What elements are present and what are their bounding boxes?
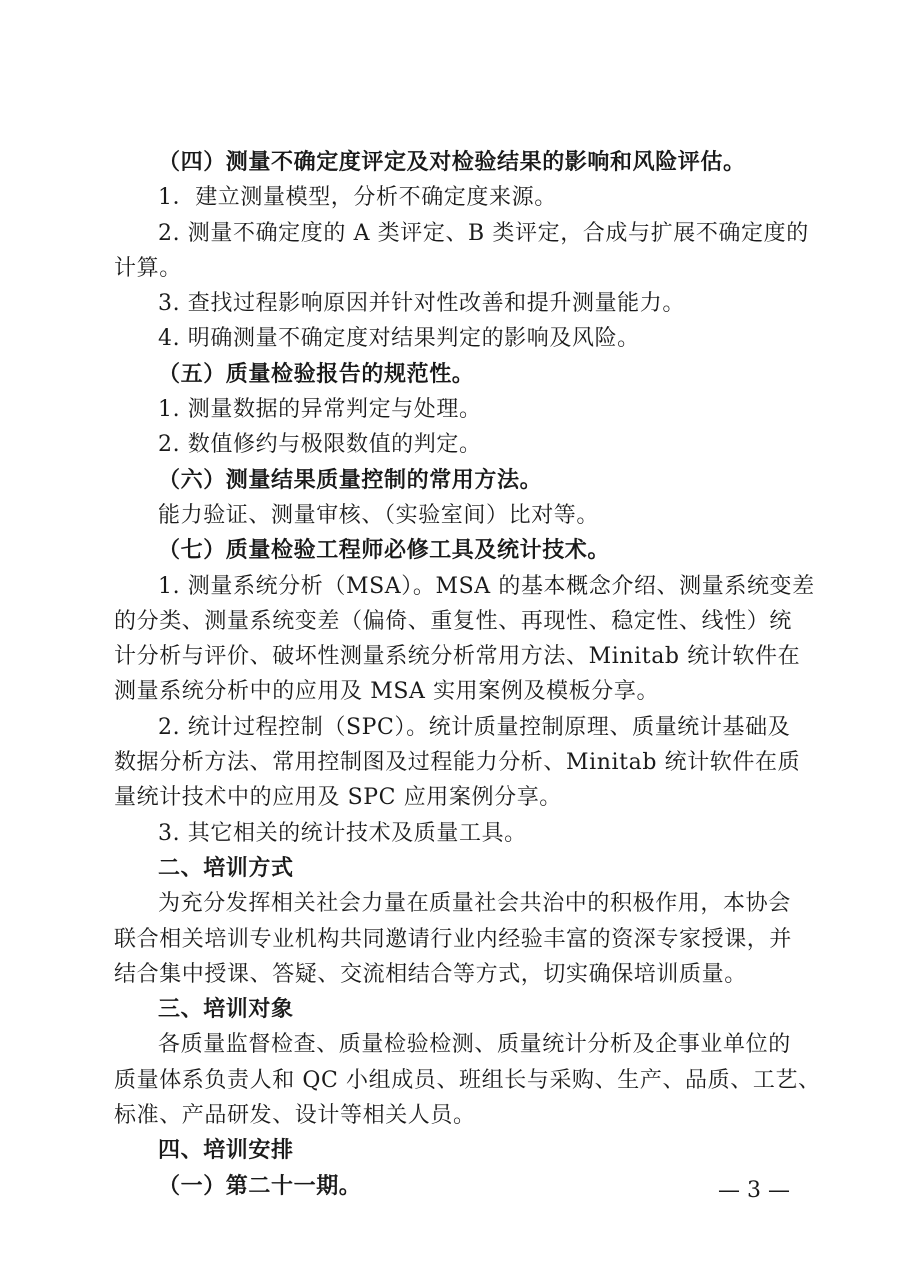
paragraph-line: 为充分发挥相关社会力量在质量社会共治中的积极作用，本协会: [114, 886, 790, 921]
paragraph-line: 联合相关培训专业机构共同邀请行业内经验丰富的资深专家授课，并: [114, 922, 790, 957]
paragraph-line: 量统计技术中的应用及 SPC 应用案例分享。: [114, 780, 790, 815]
subsection-heading: （四）测量不确定度评定及对检验结果的影响和风险评估。: [114, 145, 790, 180]
paragraph-line: 计算。: [114, 251, 790, 286]
paragraph-line: 1. 测量数据的异常判定与处理。: [114, 392, 790, 427]
paragraph-line: 3. 其它相关的统计技术及质量工具。: [114, 816, 790, 851]
paragraph-line: 标准、产品研发、设计等相关人员。: [114, 1098, 790, 1133]
paragraph-line: 3. 查找过程影响原因并针对性改善和提升测量能力。: [114, 286, 790, 321]
page-number: — 3 —: [718, 1178, 790, 1203]
paragraph-line: 结合集中授课、答疑、交流相结合等方式，切实确保培训质量。: [114, 957, 790, 992]
paragraph-line: 1．建立测量模型，分析不确定度来源。: [114, 180, 790, 215]
paragraph-line: 2. 统计过程控制（SPC）。统计质量控制原理、质量统计基础及: [114, 710, 790, 745]
paragraph-line: 质量体系负责人和 QC 小组成员、班组长与采购、生产、品质、工艺、: [114, 1063, 790, 1098]
subsection-heading: （五）质量检验报告的规范性。: [114, 357, 790, 392]
subsection-heading: （六）测量结果质量控制的常用方法。: [114, 463, 790, 498]
document-page: （四）测量不确定度评定及对检验结果的影响和风险评估。1．建立测量模型，分析不确定…: [114, 145, 790, 1204]
paragraph-line: 1. 测量系统分析（MSA）。MSA 的基本概念介绍、测量系统变差: [114, 569, 790, 604]
subsection-heading: （七）质量检验工程师必修工具及统计技术。: [114, 533, 790, 568]
paragraph-line: 4. 明确测量不确定度对结果判定的影响及风险。: [114, 321, 790, 356]
section-heading: 二、培训方式: [114, 851, 790, 886]
paragraph-line: 数据分析方法、常用控制图及过程能力分析、Minitab 统计软件在质: [114, 745, 790, 780]
paragraph-line: 能力验证、测量审核、（实验室间）比对等。: [114, 498, 790, 533]
section-heading: 三、培训对象: [114, 992, 790, 1027]
paragraph-line: 计分析与评价、破坏性测量系统分析常用方法、Minitab 统计软件在: [114, 639, 790, 674]
paragraph-line: 2. 测量不确定度的 A 类评定、B 类评定，合成与扩展不确定度的: [114, 216, 790, 251]
paragraph-line: 各质量监督检查、质量检验检测、质量统计分析及企事业单位的: [114, 1027, 790, 1062]
subsection-heading: （一）第二十一期。: [114, 1169, 790, 1204]
paragraph-line: 测量系统分析中的应用及 MSA 实用案例及模板分享。: [114, 674, 790, 709]
paragraph-line: 的分类、测量系统变差（偏倚、重复性、再现性、稳定性、线性）统: [114, 604, 790, 639]
paragraph-line: 2. 数值修约与极限数值的判定。: [114, 427, 790, 462]
section-heading: 四、培训安排: [114, 1133, 790, 1168]
